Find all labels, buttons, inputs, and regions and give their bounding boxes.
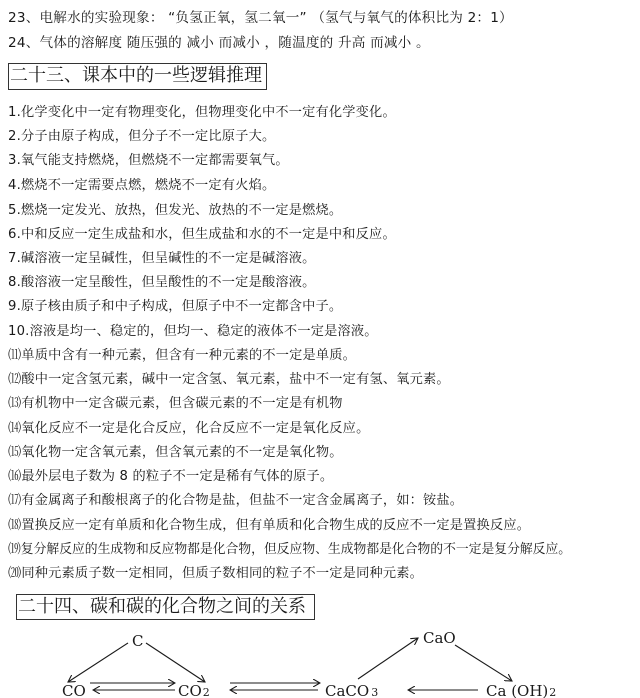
- logic-item-8: 8.酸溶液一定呈酸性，但呈酸性的不一定是酸溶液。: [8, 271, 316, 290]
- logic-item-7: 7.碱溶液一定呈碱性，但呈碱性的不一定是碱溶液。: [8, 247, 316, 266]
- logic-item-19: ⒆复分解反应的生成物和反应物都是化合物，但反应物、生成物都是化合物的不一定是复分…: [8, 538, 571, 557]
- item-24-text: 气体的溶解度 随压强的 减小 而减小 ，随温度的 升高 而减小 。: [40, 35, 430, 51]
- logic-item-15: ⒂氧化物一定含氧元素，但含氧元素的不一定是氧化物。: [8, 441, 343, 460]
- logic-item-13: ⒀有机物中一定含碳元素，但含碳元素的不一定是有机物: [8, 392, 343, 411]
- section-24-heading: 二十四、碳和碳的化合物之间的关系: [16, 594, 315, 620]
- item-24-number: 24、: [8, 35, 40, 51]
- logic-item-9: 9.原子核由质子和中子构成，但原子中不一定都含中子。: [8, 295, 342, 314]
- node-cao: CaO: [423, 629, 456, 647]
- logic-item-1: 1.化学变化中一定有物理变化，但物理变化中不一定有化学变化。: [8, 101, 396, 120]
- logic-item-11: ⑾单质中含有一种元素，但含有一种元素的不一定是单质。: [8, 344, 356, 363]
- item-24: 24、气体的溶解度 随压强的 减小 而减小 ，随温度的 升高 而减小 。: [8, 31, 430, 51]
- node-c: C: [132, 632, 143, 650]
- logic-item-3: 3.氧气能支持燃烧，但燃烧不一定都需要氧气。: [8, 149, 289, 168]
- logic-item-18: ⒅置换反应一定有单质和化合物生成，但有单质和化合物生成的反应不一定是置换反应。: [8, 514, 530, 533]
- item-23: 23、电解水的实验现象： “负氢正氧，氢二氧一” （氢气与氧气的体积比为 2：1…: [8, 6, 513, 26]
- logic-item-2: 2.分子由原子构成，但分子不一定比原子大。: [8, 125, 275, 144]
- carbon-relationship-diagram: C CO CO2 CaCO3 CaO Ca (OH)2: [0, 620, 640, 698]
- logic-item-12: ⑿酸中一定含氢元素，碱中一定含氢、氧元素，盐中不一定有氢、氧元素。: [8, 368, 450, 387]
- logic-item-14: ⒁氧化反应不一定是化合反应，化合反应不一定是氧化反应。: [8, 417, 369, 436]
- arrow-c-to-co2: [146, 643, 205, 682]
- node-caco3: CaCO3: [325, 682, 378, 698]
- logic-item-10: 10.溶液是均一、稳定的，但均一、稳定的液体不一定是溶液。: [8, 320, 378, 339]
- item-23-number: 23、: [8, 10, 40, 26]
- logic-item-20: ⒇同种元素质子数一定相同，但质子数相同的粒子不一定是同种元素。: [8, 562, 423, 581]
- section-23-heading: 二十三、课本中的一些逻辑推理: [8, 63, 267, 90]
- node-co: CO: [62, 682, 86, 698]
- arrow-cao-to-caoh2: [455, 645, 512, 681]
- logic-item-17: ⒄有金属离子和酸根离子的化合物是盐，但盐不一定含金属离子，如：铵盐。: [8, 489, 463, 508]
- arrow-c-to-co: [68, 643, 128, 682]
- logic-item-16: ⒃最外层电子数为 8 的粒子不一定是稀有气体的原子。: [8, 465, 333, 484]
- logic-item-6: 6.中和反应一定生成盐和水，但生成盐和水的不一定是中和反应。: [8, 223, 396, 242]
- node-caoh2: Ca (OH)2: [486, 682, 556, 698]
- node-co2: CO2: [178, 682, 210, 698]
- item-23-text: 电解水的实验现象： “负氢正氧，氢二氧一” （氢气与氧气的体积比为 2：1）: [40, 10, 513, 26]
- logic-item-5: 5.燃烧一定发光、放热，但发光、放热的不一定是燃烧。: [8, 199, 342, 218]
- arrow-caco3-to-cao: [358, 638, 418, 679]
- logic-item-4: 4.燃烧不一定需要点燃，燃烧不一定有火焰。: [8, 174, 275, 193]
